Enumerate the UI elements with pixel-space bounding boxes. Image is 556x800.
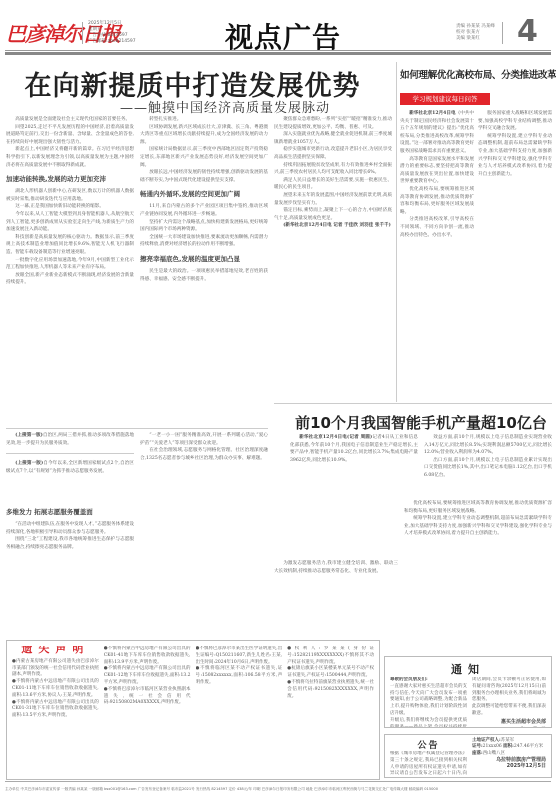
field-value: 西山嘴八区 bbox=[483, 751, 506, 756]
notice-item: ●不慎将内蒙古中远房地产有限公司出具的CK01-31地下车库车位销售收款收据遗失… bbox=[12, 700, 99, 720]
field-value: 247.46平方米 bbox=[514, 744, 543, 749]
announcement-col-2: 土地证产权人:苏某军 证号:21xxx06 面积:247.46平方米 座落:西山… bbox=[472, 738, 546, 777]
byline: (新华社北京12月4日电 记者 于佳欣 刘羽佳 张千千) bbox=[274, 222, 392, 230]
paragraph: “在活动中组建队伍,在服务中发现人才。”志愿服务体系建设持续深化,各地积极引导和… bbox=[6, 521, 134, 536]
announcement-date: 2025年12月5日 bbox=[472, 763, 546, 769]
field-value: 21xxx06 bbox=[483, 744, 502, 749]
paragraph: 根据《城市房地产权属登记管理办法》第三十条之规定,我局已接到相关权利人申请的房屋… bbox=[390, 751, 467, 777]
lead-column-1: 高质量发展是全面建设社会主义现代化国家的首要任务。 回望2025,走过不平凡发展… bbox=[6, 116, 134, 411]
dateline: 新华社北京12月4日电 bbox=[409, 111, 455, 116]
column-divider bbox=[396, 62, 397, 402]
paragraph: 满足人民日益增长的美好生活需要,实施一批惠民生、暖民心的民生项目。 bbox=[274, 177, 392, 192]
notice-item: ●不慎将内蒙古中远房地产有限公司出具的CK01-11地下车库车位销售收款收据遗失… bbox=[12, 679, 99, 699]
paragraph: 升级后,我们将继续为会员提供更优质的服务——新品上架,会员权益持续优化,敬请期待… bbox=[390, 718, 467, 727]
paragraph: 锚定目标,乘势而上,凝聚上下一心的合力,中国经济底气十足,高质量发展成色更足。 bbox=[274, 207, 392, 222]
continued-label: (上接第一版) bbox=[15, 433, 43, 438]
paragraph: 全国统一大市场建设加快推进,要素流动更加顺畅,内需潜力持续释放,消费对经济增长的… bbox=[140, 234, 268, 249]
continued-label: (上接第一版) bbox=[15, 461, 43, 466]
notice-signer: 惠买生活超市会员部 bbox=[472, 718, 546, 726]
phone-article-col-2: 效益方面,前10个月,规模以上电子信息制造业实现营业收入14万亿元,同比增长8.… bbox=[424, 434, 552, 494]
paragraph: 在社会治理领域,志愿服务与网格化管理、社区治理深度融合,1325名志愿者参与城乡… bbox=[140, 447, 268, 462]
extra-column: 优化高校布局,要统筹推进区域高等教育协调发展,推动优质资源扩容和均衡布局,更好服… bbox=[404, 500, 552, 634]
field-label: 土地证产权人: bbox=[472, 738, 501, 743]
paragraph: 优化高校布局,要统筹推进区域高等教育协调发展,推动优质资源扩容和均衡布局,更好服… bbox=[404, 500, 552, 515]
paragraph: 一批数字化应用场景加速落地,今年9月,中国新型工业化示范工程加快推进,人形机器人… bbox=[6, 257, 134, 272]
announcement-title: 公告 bbox=[390, 738, 467, 751]
notice-col-2: 闭店期间,会员卡余额可正常使用,如有疑问请咨询(2025年12月15日)前到服务… bbox=[472, 677, 546, 727]
paragraph: 放眼全国,新产业新业态新模式不断涌现,经济发展的含新量持续提升。 bbox=[6, 272, 134, 287]
column-tag: 学习规划建议每日问答 bbox=[400, 93, 490, 105]
notice-col-1: 尊敬的会员朋友们: 一直感谢大家对惠买生活超市会员的支持与信任,今天向广大会员发… bbox=[390, 677, 467, 727]
paragraph: 高等教育是国家发展水平和发展潜力的重要标志,要坚持把高等教育高质量发展放在突出位… bbox=[400, 156, 474, 186]
paragraph: 优化高校布局,要统筹推进区域高等教育协调发展,推动优质资源扩容和均衡布局,更好服… bbox=[400, 186, 474, 216]
masthead: 巴彦淖尔日报 2025年12月5日 星期五 广告热线:8214597 广告邮箱:… bbox=[0, 0, 556, 54]
paragraph: 科技创新是高质量发展的核心驱动力。数据显示,前三季度规上高技术制造业增加值同比增… bbox=[6, 234, 134, 257]
paragraph: 统筹学科设置,建立学科专业动态调整机制,超前布局急需紧缺学科专业,加大基础学科支… bbox=[404, 515, 552, 538]
divider bbox=[82, 22, 83, 44]
ad-email: 广告邮箱:abc8214597 bbox=[88, 39, 136, 45]
paragraph: 国家统计局数据显示,前三季度中西部地区固定资产投资稳定增长,东部地区新兴产业发展… bbox=[140, 146, 268, 169]
section-subhead: 擦亮幸福底色,发展的温度更加凸显 bbox=[140, 255, 268, 264]
section-divider bbox=[274, 403, 552, 404]
lead-subheadline: ——触摸中国经济高质量发展脉动 bbox=[80, 97, 370, 116]
footer-rule bbox=[5, 781, 551, 782]
section-divider bbox=[6, 428, 268, 429]
notice-box: 通知 尊敬的会员朋友们: 一直感谢大家对惠买生活超市会员的支持与信任,今天向广大… bbox=[384, 656, 552, 728]
right-article-col-1: 新华社北京12月4日电《中共中央关于制定国民经济和社会发展第十五个五年规划的建议… bbox=[400, 110, 474, 400]
paragraph: 民生是最大的政治。一项项惠民举措落地见效,老百姓的获得感、幸福感、安全感不断提升… bbox=[140, 268, 268, 283]
notice-item: ●内蒙古某房地产有限公司遗失由巴彦淖尔市某部门颁发的统一社会信用代码营业执照副本… bbox=[12, 659, 99, 679]
header-rule bbox=[5, 50, 551, 51]
lead-column-3: 聚焦群众急难愁盼,一系列“实招”“暖招”精准发力,推动民生建设提质增效,更加公平… bbox=[274, 116, 392, 441]
notice-item: ●不慎将巴彦淖尔市临河区某营业执照副本遗失,统一社会信用代码:92150802M… bbox=[104, 687, 191, 707]
lost-notice-title: 遗失声明 bbox=[12, 646, 99, 653]
lost-notice-col-3: ●不慎将巴彦淖尔市某出生医学证明遗失,出生证编号:Q150211607,新生儿姓… bbox=[196, 646, 283, 774]
lead-column-2: 转型扎实推进。 区域协调发展,新兴区域成长壮大,京津冀、长三角、粤港澳大湾区等重… bbox=[140, 116, 268, 416]
paragraph: 深入实施就业优先战略,健全就业促进机制,前三季度城镇新增就业1057万人。 bbox=[274, 131, 392, 146]
paragraph: 服务国家重大战略和区域发展需要,加强高校学科专业结构调整,推动学科交叉融合发展。 bbox=[478, 110, 552, 133]
lost-notice-col-1: 遗失声明 ●内蒙古某房地产有限公司遗失由巴彦淖尔市某部门颁发的统一社会信用代码营… bbox=[12, 646, 99, 774]
right-article-col-2: 服务国家重大战略和区域发展需要,加强高校学科专业结构调整,推动学科交叉融合发展。… bbox=[478, 110, 552, 400]
paragraph: 为激发志愿服务活力,我市建立健全培训、激励、联动三大长效机制,持续推动志愿服务常… bbox=[274, 560, 398, 575]
paragraph: 此次调整可能给您带来不便,我们深表歉意。 bbox=[472, 704, 546, 718]
volunteer-column-2: “一老一小一困”服务精准高效,开展一系列暖心活动,“爱心护苗”“关爱老人”等项目… bbox=[140, 432, 268, 634]
paragraph: 区域协调发展,新兴区域成长壮大,京津冀、长三角、粤港澳大湾区等重点区域增长贡献持… bbox=[140, 124, 268, 147]
field-label: 座落: bbox=[472, 751, 483, 756]
volunteer-column-3: 为激发志愿服务活力,我市建立健全培训、激励、联动三大长效机制,持续推动志愿服务常… bbox=[274, 560, 398, 634]
paragraph: 出口方面,前10个月,规模以上电子信息制造业累计实现出口交货值同比增长1%,其中… bbox=[424, 457, 552, 480]
paragraph: 展望未来五年的发展蓝图,中国经济发展前景光明,高质量发展步伐坚实有力。 bbox=[274, 192, 392, 207]
phone-article-headline[interactable]: 前10个月我国智能手机产量超10亿台 bbox=[290, 412, 552, 433]
dateline: 新华社北京12月4日电(记者 周圆) bbox=[299, 435, 372, 440]
field-value: 苏某军 bbox=[501, 738, 515, 743]
divider bbox=[502, 22, 503, 44]
paragraph: 放眼长远,中国经济发展的韧性持续增强,创新驱动发展的基础不断夯实,为中国式现代化… bbox=[140, 169, 268, 184]
paragraph: 湖北人形机器人创新中心,在研发区,数以万计的机器人数据被实时采集,推动研发迭代与… bbox=[6, 188, 134, 203]
section-subhead: 多维发力 拓展志愿服务覆盖面 bbox=[6, 508, 134, 517]
continued-block: (上接第一版)自治区,两局三措并抓,推动多项改革措施落地见效,进一步提升为民服务… bbox=[6, 432, 134, 502]
section-subhead: 加速动能转换,发展的动力更加充沛 bbox=[6, 175, 134, 184]
paragraph: 聚焦群众急难愁盼,一系列“实招”“暖招”精准发力,推动民生建设提质增效,更加公平… bbox=[274, 116, 392, 131]
notice-item: ●不慎将临河区某不动产权证书遗失,证号:15082xxxxxx,面积:106.5… bbox=[196, 666, 283, 686]
paragraph: 闭店期间,会员卡余额可正常使用,如有疑问请咨询(2025年12月15日)前到服务… bbox=[472, 677, 546, 704]
editor-credits: 责编 孙某某 冯某峰 校对 张某方 美编 梁某红 bbox=[456, 24, 495, 42]
salutation: 尊敬的会员朋友们: bbox=[390, 677, 467, 684]
paragraph: 这一幕,正是我国加快新旧动能转换的缩影。 bbox=[6, 203, 134, 211]
paragraph: 高质量发展是全面建设社会主义现代化国家的首要任务。 bbox=[6, 116, 134, 124]
section-subhead: 畅通内外循环,发展的空间更加广阔 bbox=[140, 190, 268, 199]
paragraph: 今年以来,从人工智能大模型到具身智能机器人,从航空航天到人工智能,更多创新成果从… bbox=[6, 211, 134, 234]
divider bbox=[6, 453, 134, 454]
paragraph: 坚持扩大内需这个战略基点,加快构建新发展格局,更好统筹国内国际两个市场两种资源。 bbox=[140, 219, 268, 234]
notice-item: ●不慎将内蒙古中远房地产有限公司出具的CK01-41地下车库车位销售收款收据遗失… bbox=[104, 646, 191, 666]
page-number: 4 bbox=[517, 14, 538, 49]
lost-notice-box: 遗失声明 ●内蒙古某房地产有限公司遗失由巴彦淖尔市某部门颁发的统一社会信用代码营… bbox=[6, 640, 380, 780]
notice-date: 2025年12月5日 bbox=[472, 726, 546, 727]
paragraph: 持续巩固拓展脱贫攻坚成果,有力有效推进乡村全面振兴,前三季度农村居民人均可支配收… bbox=[274, 162, 392, 177]
right-article-title[interactable]: 如何理解优化高校布局、分类推进改革、统筹学科设置 bbox=[400, 70, 552, 82]
notice-title: 通知 bbox=[390, 661, 546, 677]
paragraph: 转型扎实推进。 bbox=[140, 116, 268, 124]
designer-line: 美编 梁某红 bbox=[456, 36, 495, 42]
paragraph: 分类推进高校改革,引导高校在不同领域、不同方向争创一流,推动高校办出特色、办出水… bbox=[400, 216, 474, 239]
notice-item: ●不慎将乌拉特前旗某营业执照遗失,统一社会信用代码:9215082XXXXXXX… bbox=[287, 680, 374, 700]
paragraph: 新起点上,中国经济又将翻开新的篇章。在习近平经济思想科学指引下,以新发展理念为引… bbox=[6, 146, 134, 169]
paragraph: 11月,来自内蒙古的多个产业园区项目集中签约,推动区域产业链协同发展,内外循环进… bbox=[140, 203, 268, 218]
lost-notice-col-2: ●不慎将内蒙古中远房地产有限公司出具的CK01-41地下车库车位销售收款收据遗失… bbox=[104, 646, 191, 774]
footer-imprint: 主办单位 中共巴彦淖尔市委宣传部 一版责编 孙某某 一版邮箱 bsx001@16… bbox=[5, 786, 551, 792]
notice-item: ●权利人:罗某某(身份证号:15282119XXXXXXXX)不慎将其不动产权证… bbox=[287, 646, 374, 666]
paragraph: 围绕“三北”工程建设,我市各地统筹推进生态保护与志愿服务相融合,持续擦亮志愿服务… bbox=[6, 536, 134, 551]
paragraph: 回望2025,走过不平凡发展历程的中国经济,沿着高质量发展道路笃定前行,交出一份… bbox=[6, 124, 134, 147]
paragraph: 一直感谢大家对惠买生活超市会员的支持与信任,今天向广大会员发布一项重要通知,由于… bbox=[390, 684, 467, 718]
paragraph: 稳步实施城市更新行动,改造提升老旧小区,为居民享受高品质生活提供坚实保障。 bbox=[274, 146, 392, 161]
paragraph: 效益方面,前10个月,规模以上电子信息制造业实现营业收入14万亿元,同比增长8.… bbox=[424, 434, 552, 457]
field-label: 面积: bbox=[503, 744, 514, 749]
phone-article-col-1: 新华社北京12月4日电(记者 周圆)记者4日从工业和信息化部获悉,今年前10个月… bbox=[290, 434, 418, 554]
issue-meta: 2025年12月5日 星期五 广告热线:8214597 广告邮箱:abc8214… bbox=[88, 21, 136, 45]
paragraph: “一老一小一困”服务精准高效,开展一系列暖心活动,“爱心护苗”“关爱老人”等项目… bbox=[140, 432, 268, 447]
header-rule-thick bbox=[5, 52, 551, 55]
paragraph: 统筹学科设置,建立学科专业动态调整机制,超前布局急需紧缺学科专业,加大基础学科支… bbox=[478, 133, 552, 179]
field-label: 证号: bbox=[472, 744, 483, 749]
notice-item: ●不慎将巴彦淖尔市某出生医学证明遗失,出生证编号:Q150211607,新生儿姓… bbox=[196, 646, 283, 666]
lost-notice-col-4: ●权利人:罗某某(身份证号:15282119XXXXXXXX)不慎将其不动产权证… bbox=[287, 646, 374, 774]
notice-item: ●不慎将内蒙古中远房地产有限公司出具的CK01-12地下车库车位收据遗失,面积:… bbox=[104, 666, 191, 686]
announcement-box: 公告 根据《城市房地产权属登记管理办法》第三十条之规定,我局已接到相关权利人申请… bbox=[384, 734, 552, 778]
announcement-col-1: 公告 根据《城市房地产权属登记管理办法》第三十条之规定,我局已接到相关权利人申请… bbox=[390, 738, 467, 777]
paragraph: 《中共中央关于制定国民经济和社会发展第十五个五年规划的建议》提出:“优化高校布局… bbox=[400, 111, 474, 154]
notice-item: ●杭锦后旗某小区某楼某单元某号不动产权证书遗失,产权证号:1500444,声明作… bbox=[287, 666, 374, 680]
volunteer-column-1: 多维发力 拓展志愿服务覆盖面 “在活动中组建队伍,在服务中发现人才。”志愿服务体… bbox=[6, 502, 134, 634]
